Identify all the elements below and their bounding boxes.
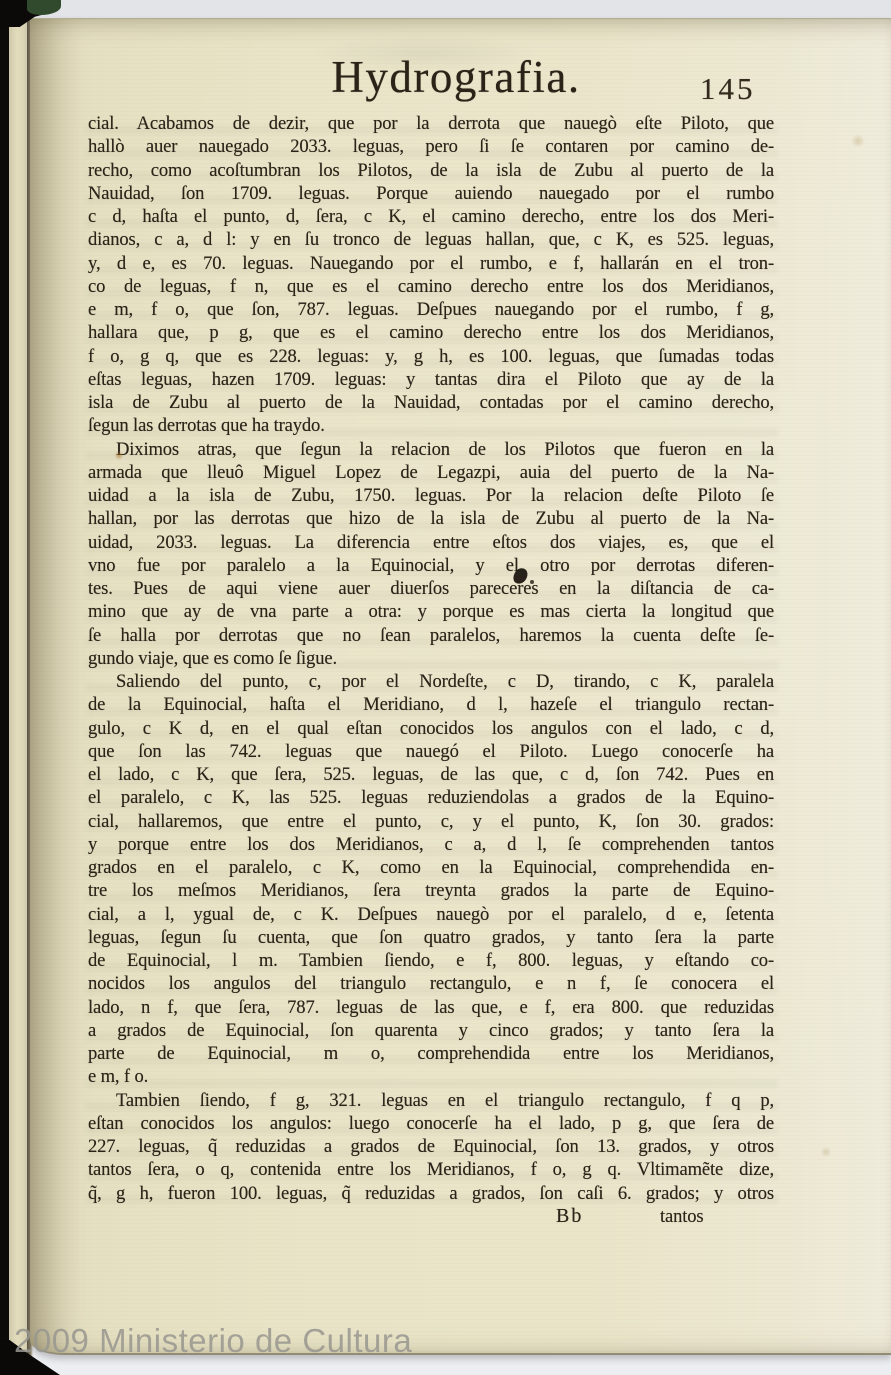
foxing-spot bbox=[850, 135, 866, 147]
text-line: Tambien ſiendo, f g, 321. leguas en el t… bbox=[88, 1089, 774, 1112]
text-line: de Equinocial, l m. Tambien ſiendo, e f,… bbox=[88, 949, 774, 972]
foxing-spot bbox=[820, 1147, 832, 1157]
text-line: uidad a la isla de Zubu, 1750. leguas. P… bbox=[88, 484, 774, 507]
text-line: de la Equinocial, haſta el Meridiano, d … bbox=[88, 693, 774, 716]
ink-speck bbox=[530, 580, 534, 584]
text-line: isla de Zubu al puerto de la Nauidad, co… bbox=[88, 391, 774, 414]
text-line: mino que ay de vna parte a otra: y porqu… bbox=[88, 600, 774, 623]
text-line: hallò auer nauegado 2033. leguas, pero ſ… bbox=[88, 135, 774, 158]
text-line: nocidos los angulos del triangulo rectan… bbox=[88, 972, 774, 995]
text-line: el lado, c K, que ſera, 525. leguas, de … bbox=[88, 763, 774, 786]
page-number: 145 bbox=[700, 71, 756, 107]
text-line: leguas, ſegun ſu cuenta, que ſon quatro … bbox=[88, 926, 774, 949]
text-line: armada que lleuô Miguel Lopez de Legazpi… bbox=[88, 461, 774, 484]
text-line: y porque entre los dos Meridianos, c a, … bbox=[88, 833, 774, 856]
text-line: co de leguas, f n, que es el camino dere… bbox=[88, 275, 774, 298]
page-header-title: Hydrografia. bbox=[88, 51, 772, 103]
text-line: recho, como acoſtumbran los Pilotos, de … bbox=[88, 159, 774, 182]
previous-page-edge bbox=[9, 14, 27, 1362]
catchword: tantos bbox=[660, 1205, 704, 1228]
foxing-spot bbox=[114, 451, 124, 460]
text-line: dianos, c a, d l: y en ſu tronco de legu… bbox=[88, 228, 774, 251]
text-line: cial, hallaremos, que entre el punto, c,… bbox=[88, 810, 774, 833]
text-line: Diximos atras, que ſegun la relacion de … bbox=[88, 438, 774, 461]
binding-green-fragment bbox=[27, 0, 61, 15]
book-binding bbox=[0, 0, 9, 1375]
text-line: gulo, c K d, en el qual eſtan conocidos … bbox=[88, 717, 774, 740]
text-line: c d, haſta el punto, d, ſera, c K, el ca… bbox=[88, 205, 774, 228]
text-line: cial. Acabamos de dezir, que por la derr… bbox=[88, 112, 774, 135]
text-line: vno fue por paralelo a la Equinocial, y … bbox=[88, 554, 774, 577]
text-line: eſtan conocidos los angulos: luego conoc… bbox=[88, 1112, 774, 1135]
text-line: y, d e, es 70. leguas. Nauegando por el … bbox=[88, 252, 774, 275]
text-line: f o, g q, que es 228. leguas: y, g h, es… bbox=[88, 345, 774, 368]
text-line: a grados de Equinocial, ſon quarenta y c… bbox=[88, 1019, 774, 1042]
text-line: tantos ſera, o q, contenida entre los Me… bbox=[88, 1158, 774, 1181]
text-line: tre los meſmos Meridianos, ſera treynta … bbox=[88, 879, 774, 902]
text-line: parte de Equinocial, m o, comprehendida … bbox=[88, 1042, 774, 1065]
text-line: cial, a l, ygual de, c K. Deſpues nauegò… bbox=[88, 903, 774, 926]
text-line: hallara que, p g, que es el camino derec… bbox=[88, 321, 774, 344]
text-line: eſtas leguas, hazen 1709. leguas: y tant… bbox=[88, 368, 774, 391]
signature-line: Bb tantos bbox=[88, 1205, 774, 1228]
body-text: cial. Acabamos de dezir, que por la derr… bbox=[88, 112, 774, 1228]
book-scan: Hydrografia. 145 cial. Acabamos de dezir… bbox=[0, 0, 891, 1375]
text-line: el paralelo, c K, las 525. leguas reduzi… bbox=[88, 786, 774, 809]
text-line: e m, f o. bbox=[88, 1065, 774, 1088]
copyright-watermark: 2009 Ministerio de Cultura bbox=[14, 1322, 412, 1360]
text-line: q̃, g h, fueron 100. leguas, q̃ reduzida… bbox=[88, 1182, 774, 1205]
text-line: uidad, 2033. leguas. La diferencia entre… bbox=[88, 531, 774, 554]
text-line: 227. leguas, q̃ reduzidas a grados de Eq… bbox=[88, 1135, 774, 1158]
text-line: ſe halla por derrotas que no ſean parale… bbox=[88, 624, 774, 647]
text-line: hallan, por las derrotas que hizo de la … bbox=[88, 507, 774, 530]
text-line: lado, n f, que ſera, 787. leguas de las … bbox=[88, 996, 774, 1019]
signature-mark: Bb bbox=[556, 1205, 583, 1228]
text-line: Nauidad, ſon 1709. leguas. Porque auiend… bbox=[88, 182, 774, 205]
text-line: tes. Pues de aqui viene auer diuerſos pa… bbox=[88, 577, 774, 600]
scanned-page: Hydrografia. 145 cial. Acabamos de dezir… bbox=[30, 18, 891, 1355]
text-line: ſegun las derrotas que ha traydo. bbox=[88, 414, 774, 437]
text-line: gundo viaje, que es como ſe ſigue. bbox=[88, 647, 774, 670]
text-line: que ſon las 742. leguas que nauegó el Pi… bbox=[88, 740, 774, 763]
text-line: grados en el paralelo, c K, como en la E… bbox=[88, 856, 774, 879]
text-line: Saliendo del punto, c, por el Nordeſte, … bbox=[88, 670, 774, 693]
text-line: e m, f o, que ſon, 787. leguas. Deſpues … bbox=[88, 298, 774, 321]
